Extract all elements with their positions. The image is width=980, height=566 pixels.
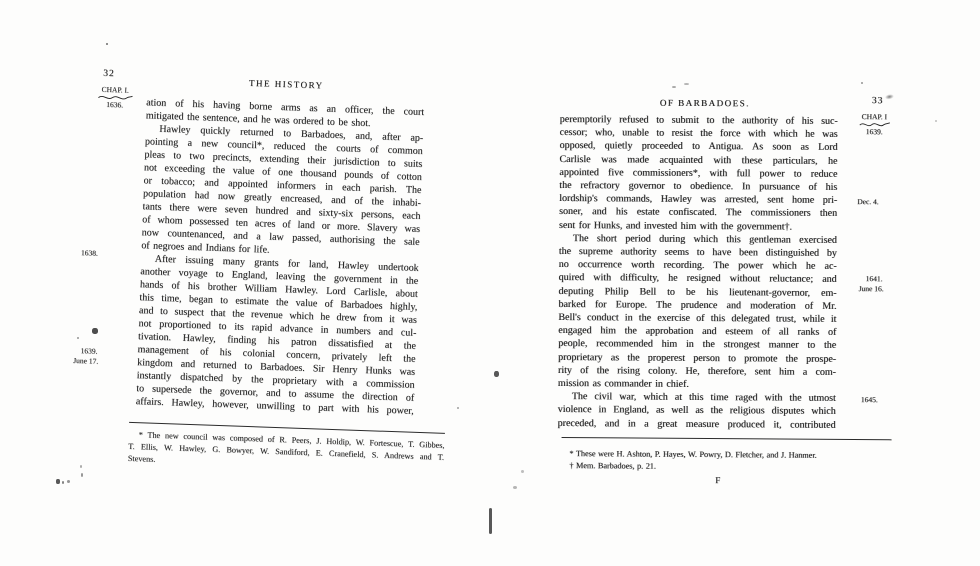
ink-smudge: [884, 93, 894, 100]
scan-speck: [935, 120, 937, 122]
scan-speck: [672, 86, 676, 88]
scan-speck: [62, 481, 64, 484]
right-margin-dec4: Dec. 4.: [857, 197, 879, 207]
right-running-title: OF BARBADOES.: [660, 98, 750, 109]
gutter-mark: [489, 508, 492, 534]
right-margin-1645: 1645.: [861, 395, 878, 405]
left-page-body-lines: ation of his having borne arms as an off…: [136, 96, 425, 418]
footnote-line: † Mem. Barbadoes, p. 21.: [559, 460, 849, 474]
scan-speck: [521, 470, 524, 473]
scan-speck: [494, 371, 499, 377]
margin-date: June 17.: [73, 356, 98, 367]
left-running-title: THE HISTORY: [249, 78, 324, 91]
right-margin-1641: 1641. June 16.: [859, 274, 884, 294]
margin-date: June 16.: [859, 284, 884, 294]
left-page-footnotes: * The new council was composed of R. Pee…: [128, 429, 445, 476]
chapter-year: 1636.: [106, 100, 123, 110]
book-scan: { "left_page": { "page_number": "32", "r…: [0, 0, 980, 566]
scan-speck: [67, 480, 70, 483]
text-line: opposed, quietly proceeded to Antigua. A…: [560, 139, 838, 154]
right-page: OF BARBADOES. 33 CHAP. I 1639. Dec. 4. 1…: [557, 88, 920, 521]
left-page-number: 32: [103, 69, 115, 79]
chapter-label: CHAP. I: [862, 112, 887, 121]
footnote-rule: [562, 437, 892, 440]
scan-speck: [92, 328, 98, 334]
scan-speck: [684, 83, 689, 85]
scan-speck: [81, 473, 83, 477]
left-margin-1639: 1639. June 17.: [73, 346, 99, 367]
right-margin-chapter: CHAP. I 1639.: [858, 112, 891, 137]
right-page-body-lines: peremptorily refused to submit to the au…: [558, 113, 838, 432]
scan-speck: [457, 407, 459, 409]
scan-speck: [861, 82, 863, 84]
scan-speck: [106, 43, 108, 45]
chapter-label: CHAP. I.: [101, 85, 129, 95]
scan-speck: [77, 337, 79, 339]
left-margin-1638: 1638.: [81, 248, 98, 259]
chapter-year: 1639.: [866, 127, 883, 136]
margin-year: 1641.: [859, 274, 884, 284]
left-page: 32 THE HISTORY CHAP. I. 1636. 1638. 1639…: [67, 52, 478, 506]
right-page-number: 33: [872, 94, 894, 106]
scan-speck: [80, 465, 82, 468]
signature-mark: F: [715, 475, 720, 485]
right-page-footnotes: * These were H. Ashton, P. Hayes, W. Pow…: [559, 448, 849, 474]
scan-speck: [56, 479, 60, 484]
left-margin-chapter: CHAP. I. 1636.: [96, 85, 134, 111]
text-line: preceded, and in a great measure produce…: [558, 417, 836, 432]
page-number-text: 33: [872, 96, 884, 106]
scan-speck: [513, 486, 517, 489]
